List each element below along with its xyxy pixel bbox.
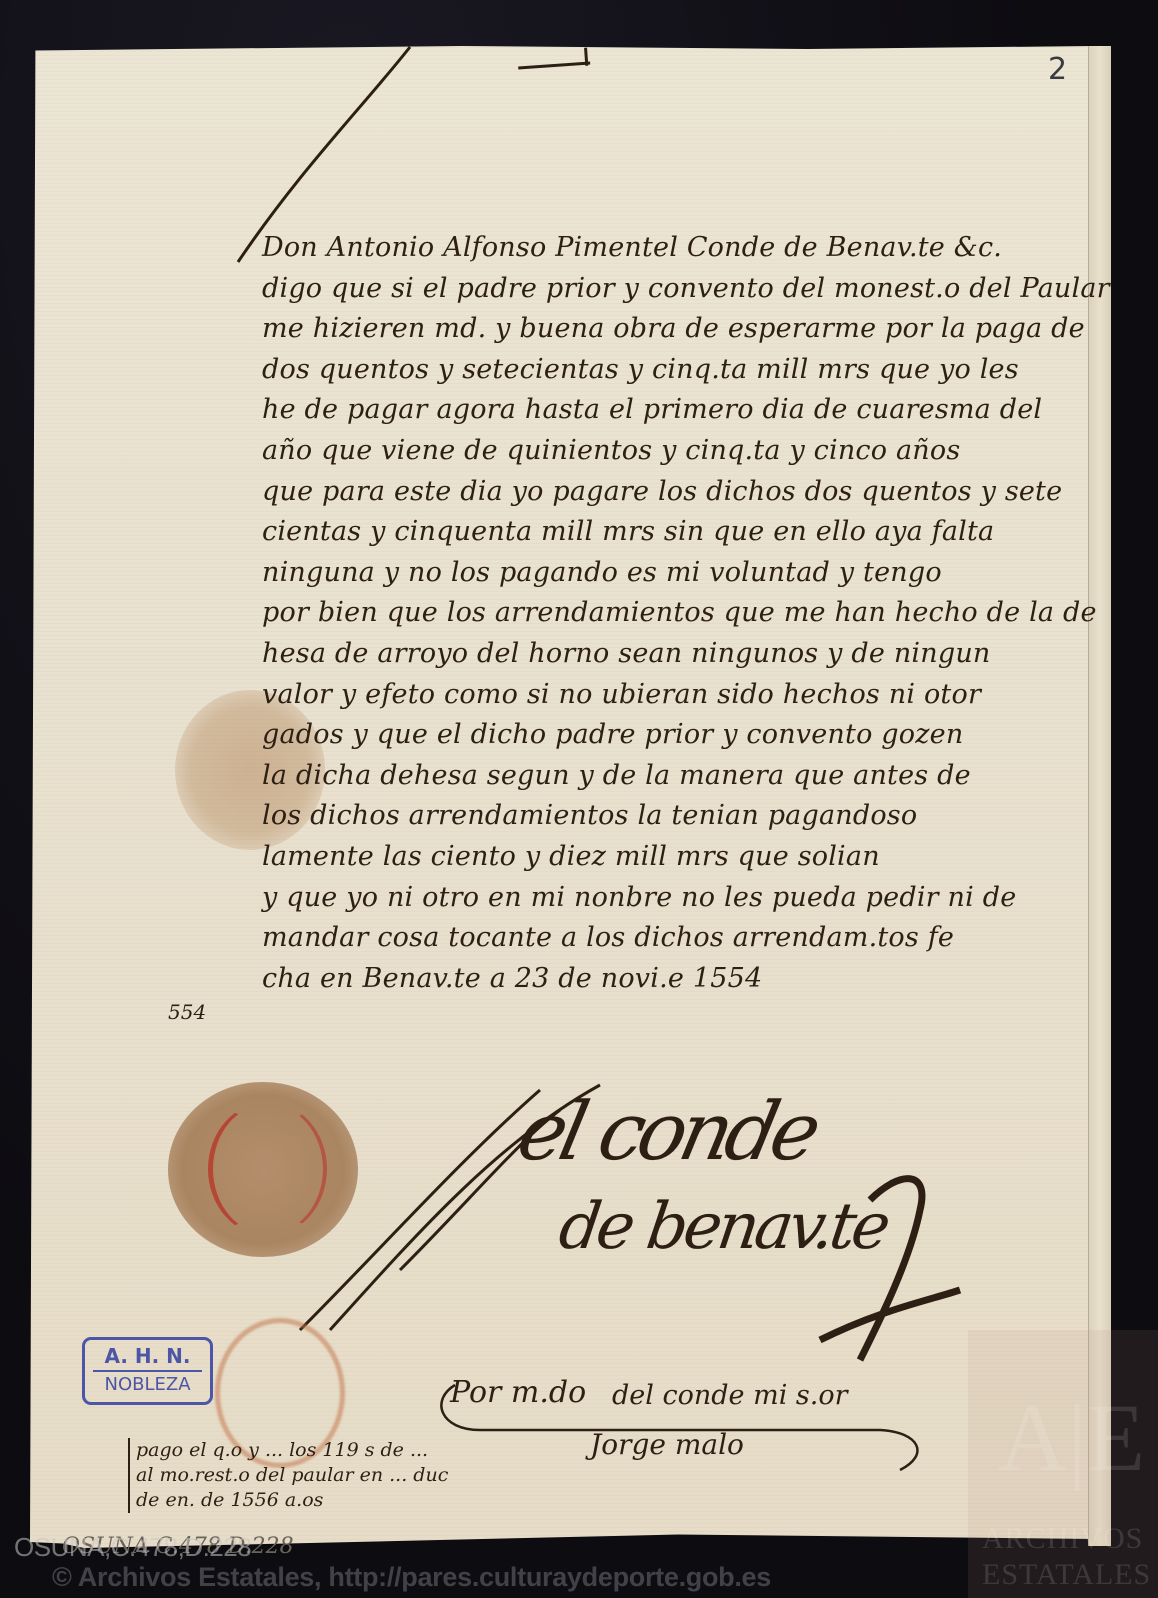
text-line: ninguna y no los pagando es mi voluntad … bbox=[262, 553, 1072, 594]
text-line: gados y que el dicho padre prior y conve… bbox=[262, 715, 1072, 756]
text-line: me hizieren md. y buena obra de esperarm… bbox=[262, 309, 1072, 350]
logo-line-2: ESTATALES bbox=[982, 1558, 1151, 1592]
text-line: los dichos arrendamientos la tenian paga… bbox=[262, 796, 1072, 837]
text-line: Don Antonio Alfonso Pimentel Conde de Be… bbox=[262, 228, 1072, 269]
text-line: y que yo ni otro en mi nonbre no les pue… bbox=[262, 878, 1072, 919]
wax-seal bbox=[168, 1082, 358, 1257]
text-line: hesa de arroyo del horno sean ningunos y… bbox=[262, 634, 1072, 675]
archivos-estatales-logo: A|E ARCHIVOS ESTATALES bbox=[968, 1330, 1158, 1598]
stamp-line-1: A. H. N. bbox=[93, 1342, 202, 1372]
text-line: he de pagar agora hasta el primero dia d… bbox=[262, 390, 1072, 431]
page-edge-fold bbox=[1088, 46, 1111, 1546]
logo-line-1: ARCHIVOS bbox=[982, 1522, 1143, 1556]
text-line: dos quentos y setecientas y cinq.ta mill… bbox=[262, 350, 1072, 391]
archive-reference-overlay: OSUNA,C.478,D.228 bbox=[14, 1532, 251, 1563]
text-line: año que viene de quinientos y cinq.ta y … bbox=[262, 431, 1072, 472]
text-line: digo que si el padre prior y convento de… bbox=[262, 269, 1072, 310]
note-line: de en. de 1556 a.os bbox=[136, 1488, 516, 1513]
text-line: por bien que los arrendamientos que me h… bbox=[262, 593, 1072, 634]
copyright-watermark: © Archivos Estatales, http://pares.cultu… bbox=[52, 1562, 771, 1593]
text-line: la dicha dehesa segun y de la manera que… bbox=[262, 756, 1072, 797]
folio-number: 2 bbox=[1048, 52, 1067, 87]
note-line: pago el q.o y ... los 119 s de ... bbox=[136, 1438, 516, 1463]
text-line: lamente las ciento y diez mill mrs que s… bbox=[262, 837, 1072, 878]
text-line: mandar cosa tocante a los dichos arrenda… bbox=[262, 918, 1072, 959]
margin-number: 554 bbox=[168, 1000, 206, 1024]
ahn-nobleza-stamp: A. H. N. NOBLEZA bbox=[82, 1337, 213, 1405]
seal-rim bbox=[208, 1102, 327, 1236]
text-line: que para este dia yo pagare los dichos d… bbox=[262, 472, 1072, 513]
text-line: cientas y cinquenta mill mrs sin que en … bbox=[262, 512, 1072, 553]
document-body: Don Antonio Alfonso Pimentel Conde de Be… bbox=[262, 228, 1072, 999]
stamp-line-2: NOBLEZA bbox=[85, 1372, 210, 1398]
note-line: al mo.rest.o del paular en ... duc bbox=[136, 1463, 516, 1488]
date-line: cha en Benav.te a 23 de novi.e 1554 bbox=[262, 959, 1072, 1000]
logo-mark: A|E bbox=[998, 1382, 1145, 1493]
marginal-note: pago el q.o y ... los 119 s de ... al mo… bbox=[128, 1438, 516, 1513]
text-line: valor y efeto como si no ubieran sido he… bbox=[262, 675, 1072, 716]
